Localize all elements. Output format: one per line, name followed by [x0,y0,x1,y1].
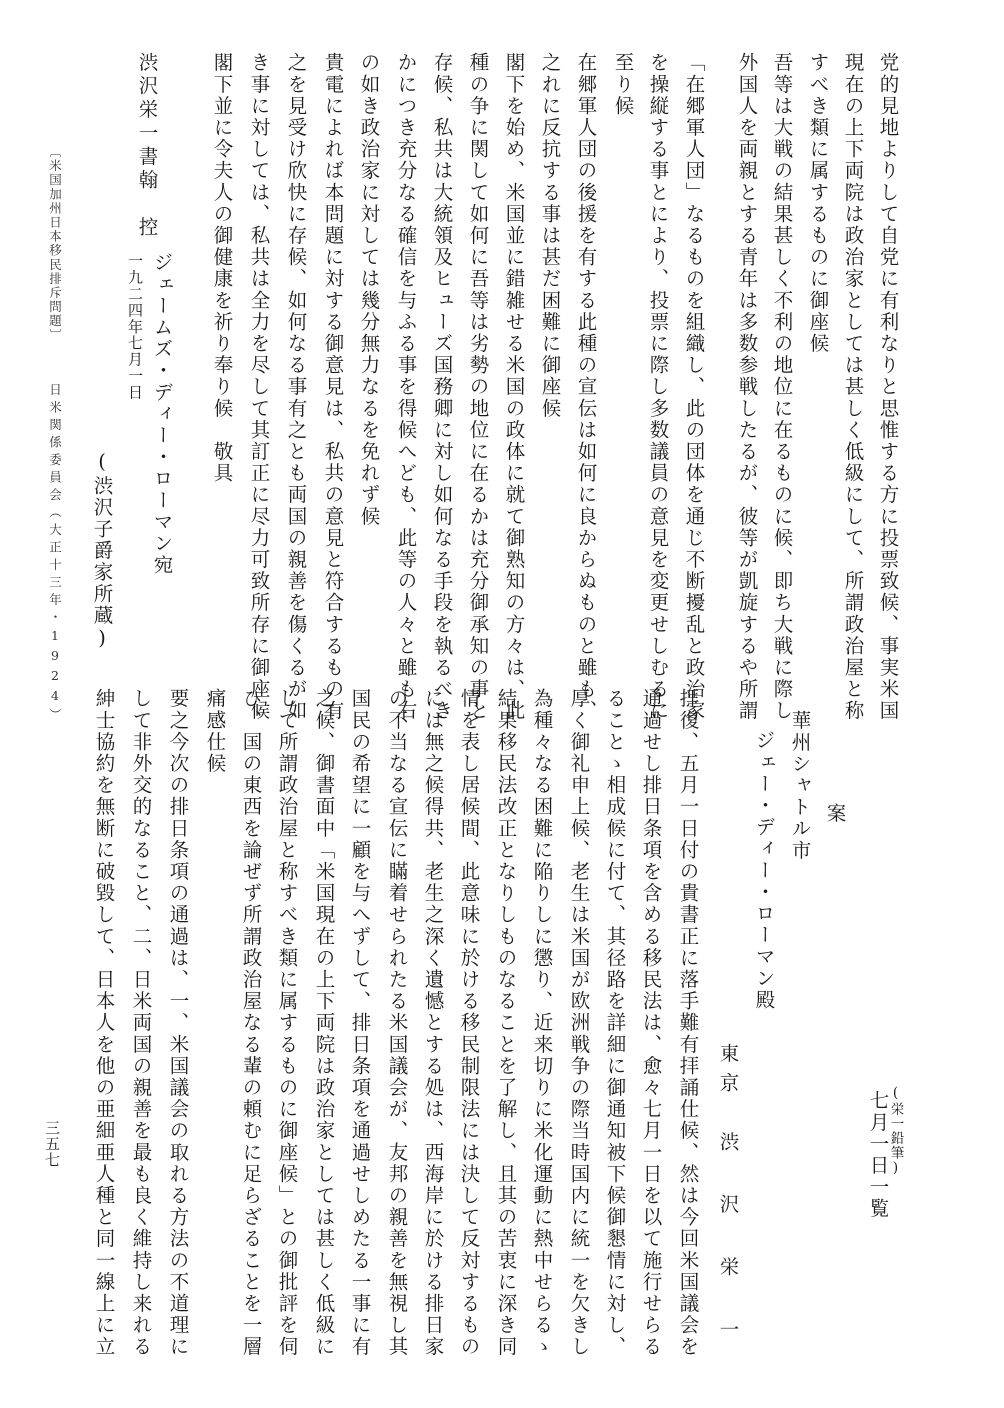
upper-line-2: 現在の上下両院は政治家としては甚しく低級にして、所謂政治屋と称 [843,52,863,722]
lower-line-10: 国民の希望に一顧を与へずして、排日条項を通過せしめたる一事に有 [350,688,370,1358]
book-page: 党的見地よりして自党に有利なりと思惟する方に投票致候、事実米国 現在の上下両院は… [0,0,1004,1408]
lower-line-1: 拝復、五月一日付の貴書正に落手難有拝誦仕候、然は今回米国議会を [678,688,698,1358]
upper-line-10: 之れに反抗する事は甚だ困難に御座候 [540,52,560,419]
lower-line-8: には無之候得共、老生之深く遺憾とする処は、西海岸に於ける排日家 [423,688,443,1358]
upper-line-6: 「在郷軍人団」なるものを組織し、此の団体を通じ不断擾乱と政治家 [684,52,704,722]
letter-source: (渋沢子爵家所蔵) [92,450,112,651]
lower-line-2: 通過せし排日条項を含める移民法は、愈々七月一日を以て施行せらる [641,688,661,1358]
upper-line-17: 之を見受け欣快に存候、如何なる事有之とも両国の親善を傷くるが如 [286,52,306,722]
lower-line-13: ひ、国の東西を論ぜず所謂政治屋なる輩の頼むに足らざることを一層 [241,688,261,1358]
upper-line-16: 貴電によれば本問題に対する御意見は、私共の意見と符合するもの有 [323,52,343,722]
lower-line-6: 結果移民法改正となりしものなることを了解し、且其の苦衷に深き同 [496,688,516,1358]
draft-label: 案 [825,803,845,825]
upper-line-18: き事に対しては、私共は全力を尽して其訂正に尽力可致所存に御座候 [249,52,269,722]
committee-label: 日米関係委員会（大正十三年・1924） [48,383,61,726]
upper-line-4: 吾等は大戦の結果甚しく不利の地位に在るものに候、即ち大戦に際し [772,52,792,722]
pencil-note: (栄一鉛筆) [888,1085,902,1177]
page-number: 三五七 [44,1120,59,1168]
upper-line-8: 至り候 [613,52,633,117]
letter-date: 一九二四年七月一日 [127,253,142,401]
addressee: ジェー・ディー・ローマン殿 [754,730,774,1011]
lower-line-16: して非外交的なること、二、日米両国の親善を最も良く維持し来れる [131,688,151,1358]
lower-line-5: 為種々なる困難に陥りしに懲り、近来切りに米化運動に熱中せらるゝ [532,688,552,1358]
upper-line-12: 種の争に関して如何に吾等は劣勢の地位に在るかは充分御承知の事と [468,52,488,722]
upper-line-9: 在郷軍人団の後援を有する此種の宣伝は如何に良からぬものと雖も、 [576,52,596,722]
lower-line-15: 要之今次の排日条項の通過は、一、米国議会の取れる方法の不道理に [168,688,188,1358]
upper-line-11: 閣下を始め、米国並に錯雑せる米国の政体に就て御熟知の方々は、此 [504,52,524,722]
upper-line-19: 閣下並に令夫人の御健康を祈り奉り候 敬具 [212,52,232,484]
address-city: 華州シャトル市 [790,710,810,861]
lower-line-14: 痛感仕候 [205,688,225,774]
letter-recipient: ジェームズ・ディー・ローマン宛 [152,252,172,576]
lower-line-7: 情を表し居候間、此意味に於ける移民制限法には決して反対するもの [459,688,479,1358]
upper-line-5: 外国人を両親とする青年は多数参戦したるが、彼等が凱旋するや所謂 [737,52,757,722]
upper-line-15: の如き政治家に対しては幾分無力なるを免れず候 [359,52,379,527]
lower-line-11: 之候、御書面中「米国現在の上下両院は政治家としては甚しく低級に [314,688,334,1358]
upper-line-7: を操縦する事とにより、投票に際し多数議員の意見を変更せしむるに [648,52,668,722]
letter-sender-title: 渋沢栄一書翰 控 [137,52,157,240]
reply-sender: 東京 渋 沢 栄 一 [718,1043,738,1349]
lower-line-12: して所謂政治屋と称すべき類に属するものに御座候」との御批評を伺 [277,688,297,1358]
lower-line-4: 厚く御礼申上候、老生は米国が欧洲戦争の際当時国内に統一を欠きし [569,688,589,1358]
upper-line-13: 存候、私共は大統領及ヒューズ国務卿に対し如何なる手段を執るべき [432,52,452,722]
lower-line-3: ることゝ相成候に付て、其径路を詳細に御通知被下候御懇情に対し、 [605,688,625,1358]
read-date-note: 七月一日一覧 [868,1090,888,1220]
upper-line-3: すべき類に属するものに御座候 [808,52,828,354]
lower-line-17: 紳士協約を無断に破毀して、日本人を他の亜細亜人種と同一線上に立 [94,688,114,1358]
section-title: 〔米国加州日本移民排斥問題〕 [48,145,61,342]
lower-line-9: の不当なる宣伝に瞞着せられたる米国議会が、友邦の親善を無視し其 [387,688,407,1358]
upper-line-1: 党的見地よりして自党に有利なりと思惟する方に投票致候、事実米国 [878,52,898,722]
upper-line-14: かにつき充分なる確信を与ふる事を得候へども、此等の人々と雖も右 [396,52,416,722]
